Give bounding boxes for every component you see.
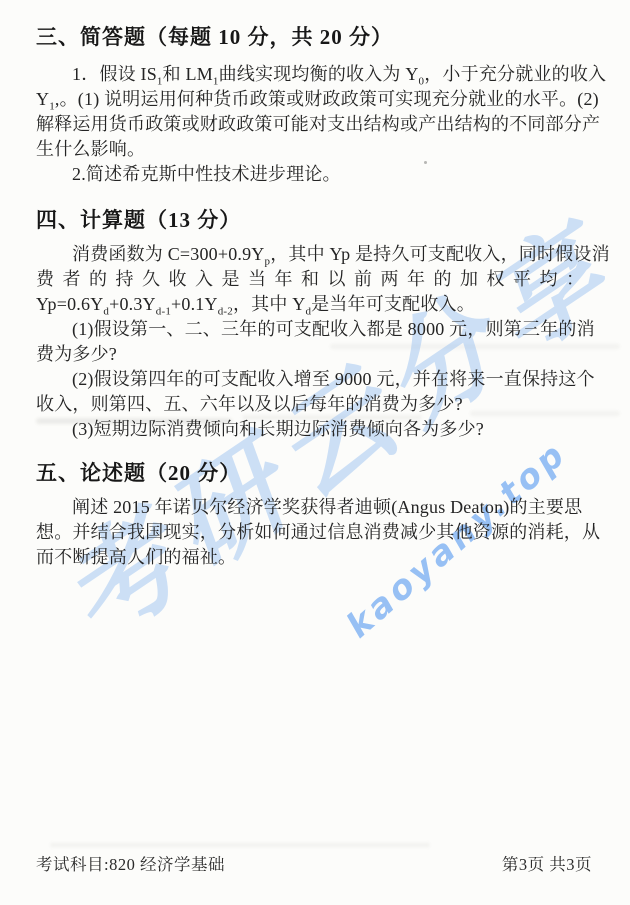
page-footer: 考试科目:820 经济学基础 第3页 共3页 xyxy=(36,854,592,876)
text-line: (3)短期边际消费倾向和长期边际消费倾向各为多少? xyxy=(36,417,595,442)
text-line: (1)假设第一、二、三年的可支配收入都是 8000 元，则第三年的消 xyxy=(36,317,595,342)
scan-smudge xyxy=(50,843,430,847)
scanned-exam-page: 考研云分享 kaoyany.top 三、简答题（每题 10 分，共 20 分） … xyxy=(0,0,630,905)
section-short-answer: 三、简答题（每题 10 分，共 20 分） 1．假设 IS1和 LM1曲线实现均… xyxy=(36,24,595,187)
footer-page-number: 第3页 共3页 xyxy=(502,854,592,876)
text-line: 1．假设 IS1和 LM1曲线实现均衡的收入为 Y0，小于充分就业的收入 xyxy=(36,62,595,87)
text-line: 消费函数为 C=300+0.9Yp，其中 Yp 是持久可支配收入，同时假设消 xyxy=(36,242,595,267)
text-line: 想。并结合我国现实，分析如何通过信息消费减少其他资源的消耗，从 xyxy=(36,520,595,545)
section-heading: 四、计算题（13 分） xyxy=(36,207,595,234)
text-line: (2)假设第四年的可支配收入增至 9000 元，并在将来一直保持这个 xyxy=(36,367,595,392)
section-calculation: 四、计算题（13 分） 消费函数为 C=300+0.9Yp，其中 Yp 是持久可… xyxy=(36,207,595,442)
text-line: 费者的持久收入是当年和以前两年的加权平均： xyxy=(36,267,595,292)
text-line: 而不断提高人们的福祉。 xyxy=(36,545,595,570)
text-line: 收入，则第四、五、六年以及以后每年的消费为多少? xyxy=(36,392,595,417)
text-line: Y1,。(1) 说明运用何种货币政策或财政政策可实现充分就业的水平。(2) xyxy=(36,87,595,112)
footer-exam-subject: 考试科目:820 经济学基础 xyxy=(36,854,225,876)
text-line: 2.简述希克斯中性技术进步理论。 xyxy=(36,162,595,187)
text-line: 解释运用货币政策或财政政策可能对支出结构或产出结构的不同部分产 xyxy=(36,112,595,137)
text-line: 费为多少? xyxy=(36,342,595,367)
section-heading: 三、简答题（每题 10 分，共 20 分） xyxy=(36,24,595,51)
section-heading: 五、论述题（20 分） xyxy=(36,460,595,487)
text-line: 生什么影响。 xyxy=(36,137,595,162)
text-line: 阐述 2015 年诺贝尔经济学奖获得者迪顿(Angus Deaton)的主要思 xyxy=(36,495,595,520)
exam-content: 三、简答题（每题 10 分，共 20 分） 1．假设 IS1和 LM1曲线实现均… xyxy=(36,24,595,570)
text-line: Yp=0.6Yd+0.3Yd-1+0.1Yd-2，其中 Yd是当年可支配收入。 xyxy=(36,292,595,317)
section-essay: 五、论述题（20 分） 阐述 2015 年诺贝尔经济学奖获得者迪顿(Angus … xyxy=(36,460,595,570)
